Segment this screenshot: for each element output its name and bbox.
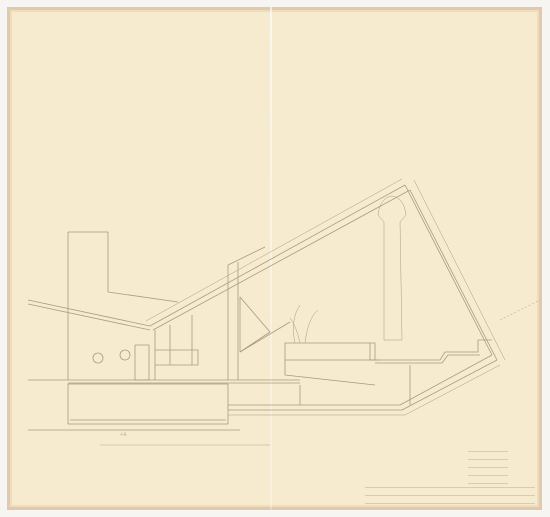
date-list (468, 444, 508, 484)
title-block-line (365, 488, 535, 496)
date-entry (468, 468, 508, 476)
steep-roof (405, 185, 492, 355)
date-entry (468, 452, 508, 460)
chimney-outline (68, 232, 108, 292)
basement-room (68, 384, 228, 424)
section-drawing (0, 0, 550, 517)
title-block-line (365, 480, 535, 488)
left-roof (28, 300, 150, 326)
date-entry (468, 444, 508, 452)
figure-sketch (378, 196, 406, 340)
plant-sketch (290, 305, 318, 343)
title-block-line (365, 496, 535, 504)
main-roof (150, 185, 405, 326)
dimension-mark: +0 (120, 432, 127, 438)
date-entry (468, 460, 508, 468)
title-block (365, 480, 535, 504)
